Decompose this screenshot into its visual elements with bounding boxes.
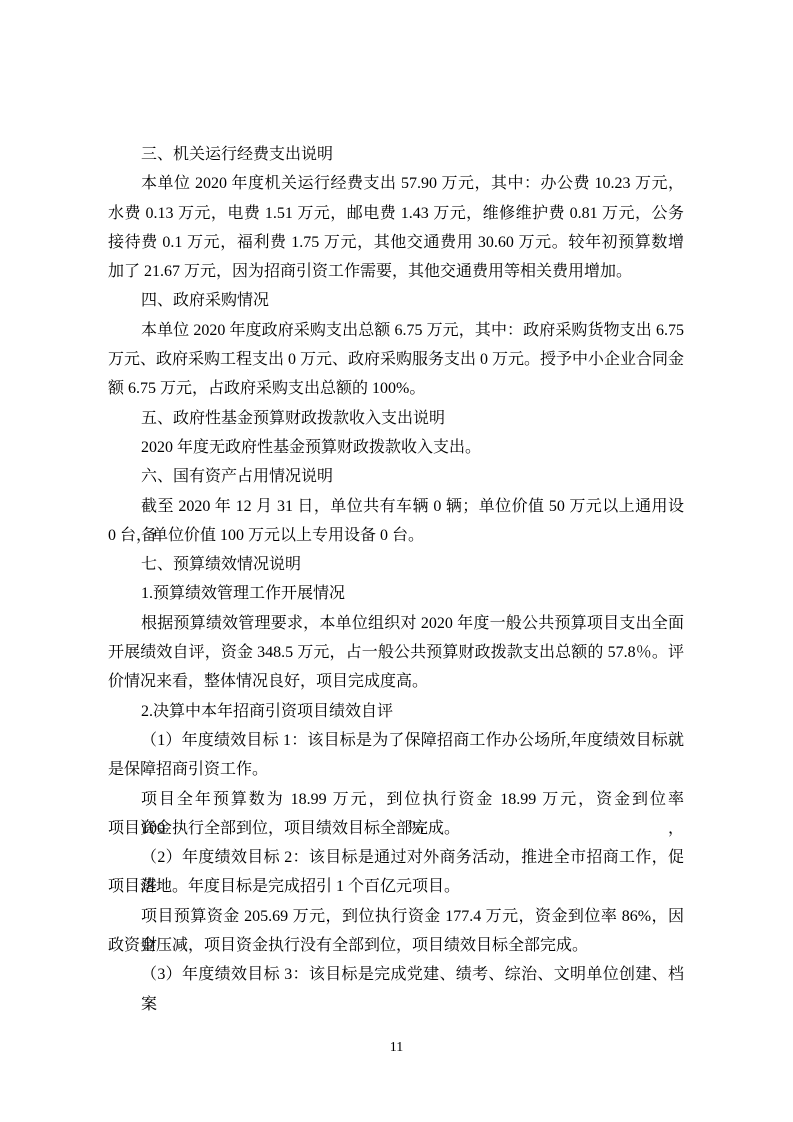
doc-line: （1）年度绩效目标 1：该目标是为了保障招商工作办公场所,年度绩效目标就: [108, 726, 684, 755]
section-heading-4: 四、政府采购情况: [108, 286, 684, 315]
doc-line: 项目落地。年度目标是完成招引 1 个百亿元项目。: [108, 872, 684, 901]
doc-line: 2020 年度无政府性基金预算财政拨款收入支出。: [108, 433, 684, 462]
doc-line: 接待费 0.1 万元，福利费 1.75 万元，其他交通费用 30.60 万元。较…: [108, 228, 684, 257]
section-heading-3: 三、机关运行经费支出说明: [108, 140, 684, 169]
section-heading-6: 六、国有资产占用情况说明: [108, 462, 684, 491]
doc-line: 价情况来看，整体情况良好，项目完成度高。: [108, 667, 684, 696]
doc-line: 是保障招商引资工作。: [108, 755, 684, 784]
section-heading-7: 七、预算绩效情况说明: [108, 550, 684, 579]
doc-line: 开展绩效自评，资金 348.5 万元，占一般公共预算财政拨款支出总额的 57.8…: [108, 638, 684, 667]
doc-line: （3）年度绩效目标 3：该目标是完成党建、绩考、综治、文明单位创建、档案: [108, 960, 684, 989]
doc-line: 万元、政府采购工程支出 0 万元、政府采购服务支出 0 万元。授予中小企业合同金: [108, 345, 684, 374]
doc-line: 截至 2020 年 12 月 31 日，单位共有车辆 0 辆；单位价值 50 万…: [108, 492, 684, 521]
doc-line: 加了 21.67 万元，因为招商引资工作需要，其他交通费用等相关费用增加。: [108, 257, 684, 286]
doc-line: 本单位 2020 年度政府采购支出总额 6.75 万元，其中：政府采购货物支出 …: [108, 316, 684, 345]
doc-line: 项目预算资金 205.69 万元，到位执行资金 177.4 万元，资金到位率 8…: [108, 902, 684, 931]
document-body: 三、机关运行经费支出说明 本单位 2020 年度机关运行经费支出 57.90 万…: [108, 140, 684, 990]
document-page: 三、机关运行经费支出说明 本单位 2020 年度机关运行经费支出 57.90 万…: [0, 0, 793, 1122]
subsection-heading-1: 1.预算绩效管理工作开展情况: [108, 579, 684, 608]
doc-line: 0 台，单位价值 100 万元以上专用设备 0 台。: [108, 521, 684, 550]
page-number: 11: [0, 1038, 793, 1058]
doc-line: 政资金压减，项目资金执行没有全部到位，项目绩效目标全部完成。: [108, 931, 684, 960]
doc-line: （2）年度绩效目标 2：该目标是通过对外商务活动，推进全市招商工作，促进: [108, 843, 684, 872]
section-heading-5: 五、政府性基金预算财政拨款收入支出说明: [108, 404, 684, 433]
doc-line: 项目全年预算数为 18.99 万元，到位执行资金 18.99 万元，资金到位率 …: [108, 785, 684, 814]
doc-line: 额 6.75 万元，占政府采购支出总额的 100%。: [108, 374, 684, 403]
doc-line: 本单位 2020 年度机关运行经费支出 57.90 万元，其中：办公费 10.2…: [108, 169, 684, 198]
doc-line: 根据预算绩效管理要求，本单位组织对 2020 年度一般公共预算项目支出全面: [108, 609, 684, 638]
doc-line: 水费 0.13 万元，电费 1.51 万元，邮电费 1.43 万元，维修维护费 …: [108, 199, 684, 228]
subsection-heading-2: 2.决算中本年招商引资项目绩效自评: [108, 697, 684, 726]
